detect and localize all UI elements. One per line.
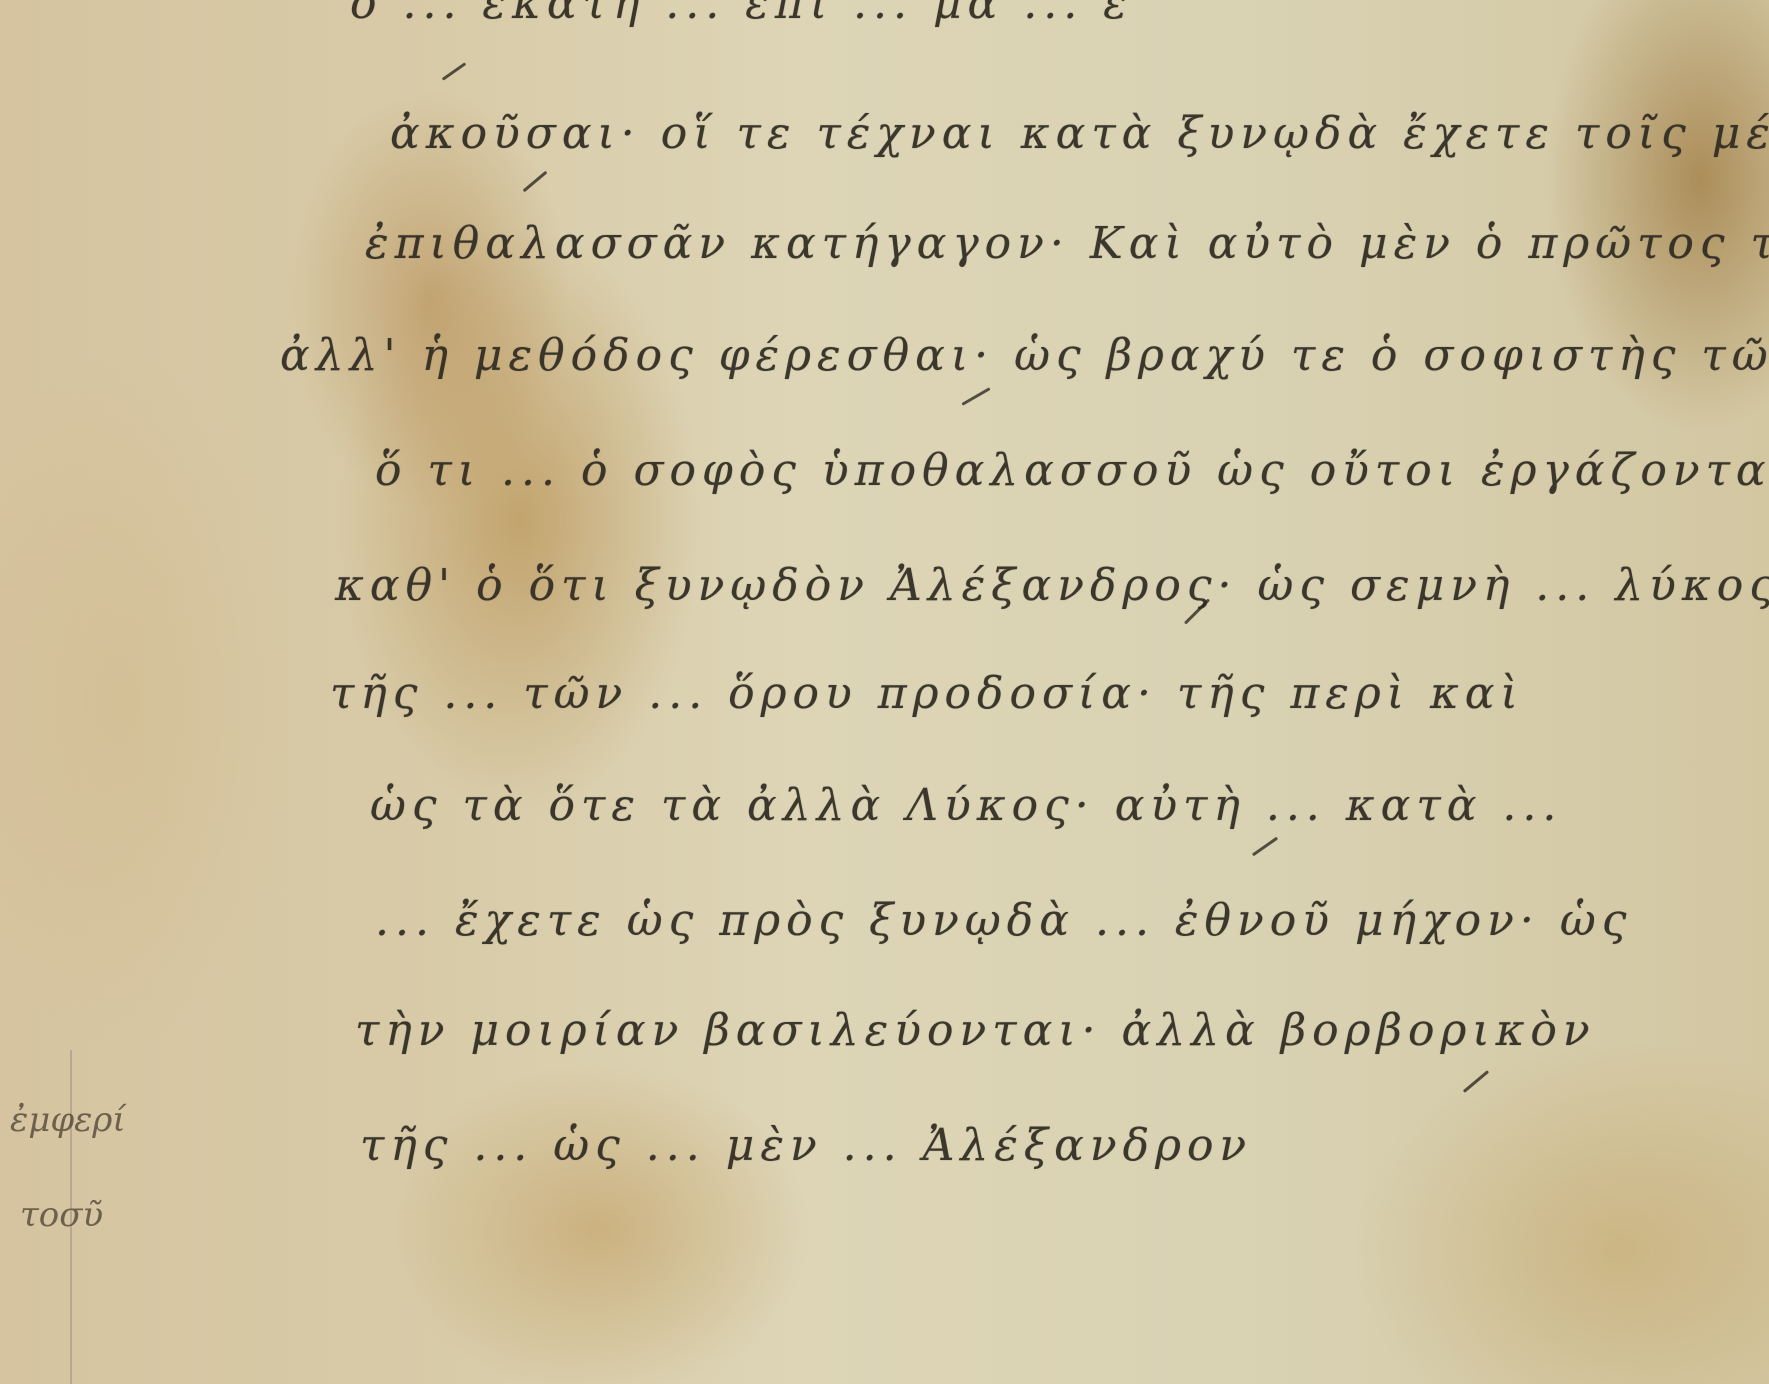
accent-mark [961,387,990,406]
accent-mark [1252,837,1278,857]
accent-mark [523,171,548,193]
manuscript-line-2: ἀκοῦσαι· οἵ τε τέχναι κατὰ ξυνῳδὰ ἔχετε … [390,108,1769,159]
manuscript-line-5: ὅ τι ... ὁ σοφὸς ὑποθαλασσοῦ ὡς οὔτοι ἐρ… [375,445,1769,496]
margin-note-2: τοσῦ [20,1195,103,1235]
margin-note-1: ἐμφερί [10,1100,126,1140]
manuscript-line-4: ἀλλ' ἡ μεθόδος φέρεσθαι· ὡς βραχύ τε ὁ σ… [280,330,1769,381]
manuscript-line-6: καθ' ὁ ὅτι ξυνῳδὸν Ἀλέξανδρος· ὡς σεμνὴ … [335,560,1769,611]
manuscript-photo: ὁ ... ἑκάτη ... ἐπὶ ... μα ... ε ἀκοῦσαι… [0,0,1769,1384]
manuscript-line-8: ὡς τὰ ὅτε τὰ ἀλλὰ Λύκος· αὐτὴ ... κατὰ .… [370,780,1562,831]
manuscript-line-1: ὁ ... ἑκάτη ... ἐπὶ ... μα ... ε [350,0,1133,29]
accent-mark [442,62,467,81]
accent-mark [1463,1070,1489,1093]
manuscript-line-11: τῆς ... ὡς ... μὲν ... Ἀλέξανδρον [360,1120,1252,1171]
manuscript-line-9: ... ἔχετε ὡς πρὸς ξυνῳδὰ ... ἐθνοῦ μήχον… [375,895,1632,946]
manuscript-line-3: ἐπιθαλασσᾶν κατήγαγον· Καὶ αὐτὸ μὲν ὁ πρ… [365,218,1769,269]
manuscript-line-7: τῆς ... τῶν ... ὅρου προδοσία· τῆς περὶ … [330,668,1524,719]
manuscript-line-10: τὴν μοιρίαν βασιλεύονται· ἀλλὰ βορβορικὸ… [355,1005,1596,1056]
